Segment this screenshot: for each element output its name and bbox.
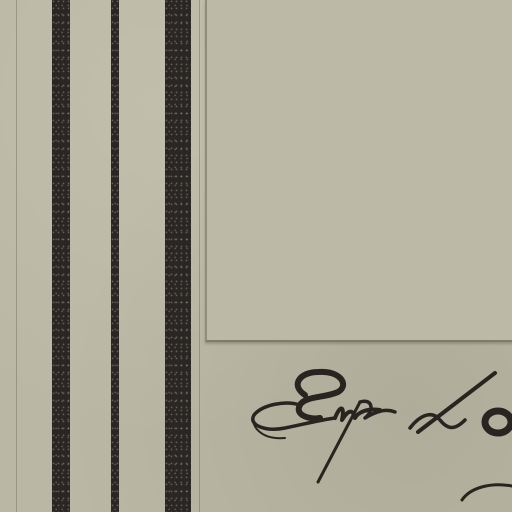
photo-scene: Eupho — [0, 0, 512, 512]
handwritten-inscription — [0, 0, 512, 512]
